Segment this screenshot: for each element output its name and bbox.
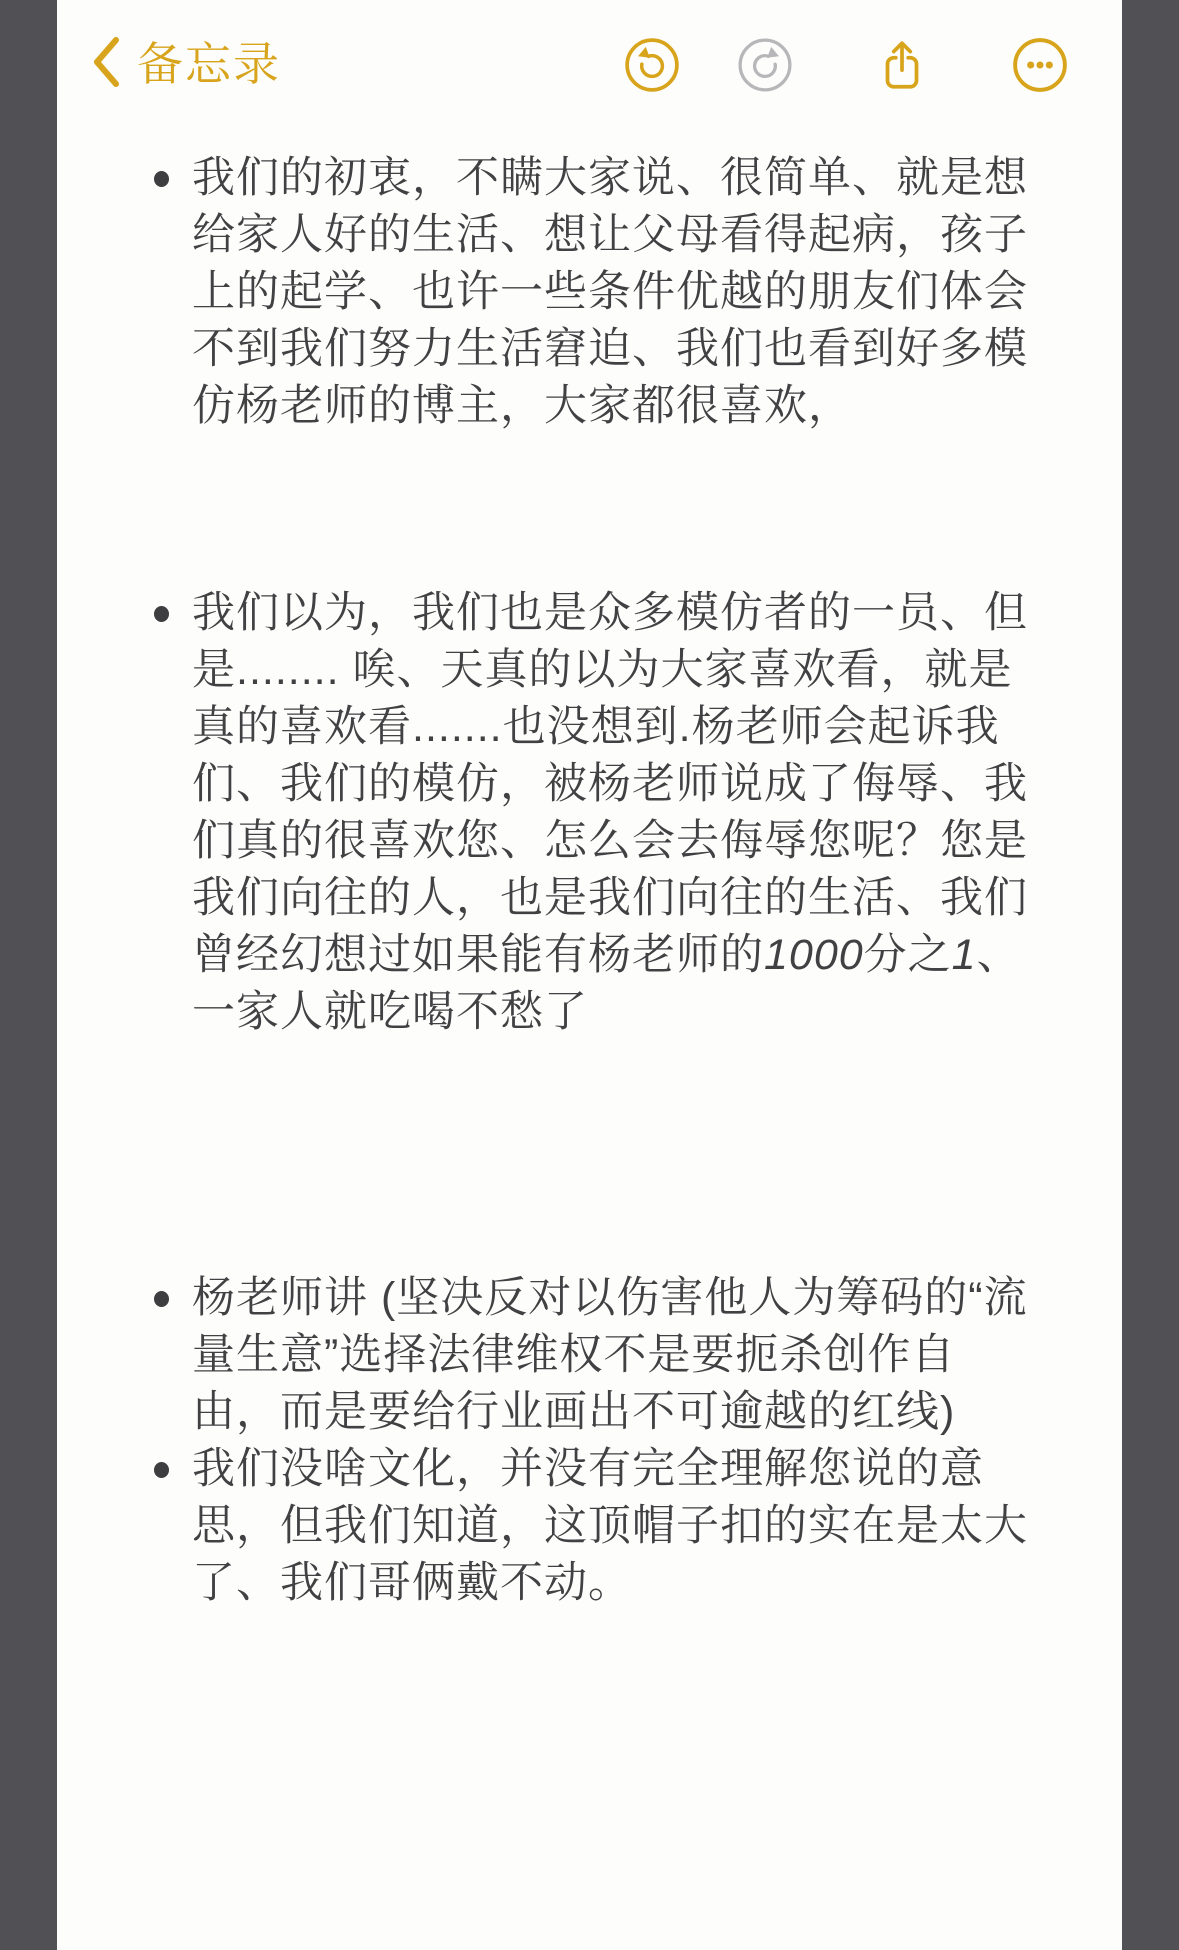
notes-app-screen: 备忘录 — [57, 0, 1122, 1950]
note-text-line: 真的喜欢看.......也没想到.杨老师会起诉我 — [192, 699, 1092, 756]
more-ellipsis-icon — [1011, 36, 1069, 94]
navigation-bar: 备忘录 — [57, 0, 1122, 150]
list-item: 我们以为，我们也是众多模仿者的一员、但是........ 唉、天真的以为大家喜欢… — [192, 585, 1092, 1041]
note-text-line: 我们向往的人，也是我们向往的生活、我们 — [192, 870, 1092, 927]
note-text-line: 上的起学、也许一些条件优越的朋友们体会 — [192, 264, 1092, 321]
back-chevron-icon — [91, 34, 121, 95]
undo-icon — [623, 36, 681, 94]
share-button[interactable] — [873, 36, 931, 94]
list-item: 我们没啥文化，并没有完全理解您说的意思，但我们知道，这顶帽子扣的实在是太大了、我… — [192, 1441, 1092, 1612]
share-icon — [873, 36, 931, 94]
note-text-line: 了、我们哥俩戴不动。 — [192, 1555, 1092, 1612]
more-button[interactable] — [1011, 36, 1069, 94]
note-text-line: 仿杨老师的博主，大家都很喜欢， — [192, 378, 1092, 435]
note-text-line: 们真的很喜欢您、怎么会去侮辱您呢？您是 — [192, 813, 1092, 870]
back-label: 备忘录 — [137, 32, 281, 96]
redo-icon — [736, 36, 794, 94]
note-text-line: 给家人好的生活、想让父母看得起病，孩子 — [192, 207, 1092, 264]
note-text-line: 们、我们的模仿，被杨老师说成了侮辱、我 — [192, 756, 1092, 813]
note-text-line: 一家人就吃喝不愁了 — [192, 984, 1092, 1041]
note-text-line: 我们以为，我们也是众多模仿者的一员、但 — [192, 585, 1092, 642]
bullet-dot-icon — [154, 1462, 169, 1478]
note-text-line: 杨老师讲 (坚决反对以伤害他人为筹码的“流 — [192, 1270, 1092, 1327]
list-item: 我们的初衷，不瞒大家说、很简单、就是想给家人好的生活、想让父母看得起病，孩子上的… — [192, 150, 1092, 435]
note-text-line: 思，但我们知道，这顶帽子扣的实在是太大 — [192, 1498, 1092, 1555]
list-item: 杨老师讲 (坚决反对以伤害他人为筹码的“流量生意”选择法律维权不是要扼杀创作自由… — [192, 1270, 1092, 1441]
bullet-dot-icon — [154, 1291, 169, 1307]
redo-button[interactable] — [736, 36, 794, 94]
left-bezel — [0, 0, 57, 1950]
note-text-line: 量生意”选择法律维权不是要扼杀创作自 — [192, 1327, 1092, 1384]
note-text-line: 我们没啥文化，并没有完全理解您说的意 — [192, 1441, 1092, 1498]
note-body[interactable]: 我们的初衷，不瞒大家说、很简单、就是想给家人好的生活、想让父母看得起病，孩子上的… — [192, 150, 1092, 1612]
undo-button[interactable] — [623, 36, 681, 94]
bullet-dot-icon — [154, 171, 169, 187]
right-bezel — [1122, 0, 1179, 1950]
note-text-line: 由，而是要给行业画出不可逾越的红线) — [192, 1384, 1092, 1441]
note-text-line: 曾经幻想过如果能有杨老师的1000分之1、 — [192, 927, 1092, 984]
note-text-line: 我们的初衷，不瞒大家说、很简单、就是想 — [192, 150, 1092, 207]
note-text-line: 是........ 唉、天真的以为大家喜欢看，就是 — [192, 642, 1092, 699]
note-text-line: 不到我们努力生活窘迫、我们也看到好多模 — [192, 321, 1092, 378]
bullet-dot-icon — [154, 606, 169, 622]
back-button[interactable]: 备忘录 — [91, 32, 281, 96]
